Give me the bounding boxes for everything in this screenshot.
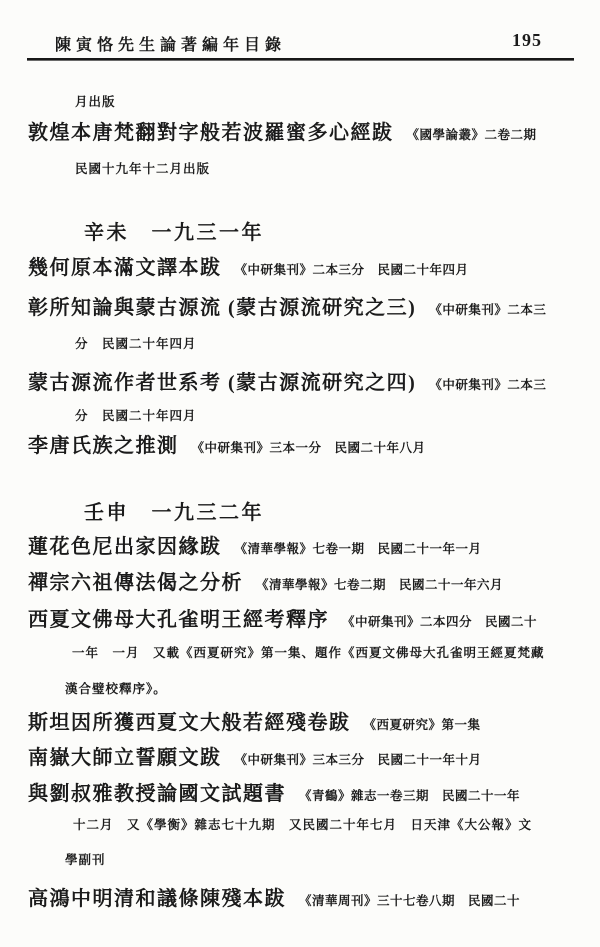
entry-citation: 《中研集刊》二本三分 民國二十年四月 bbox=[235, 263, 469, 277]
entry-citation: 《清華學報》七卷一期 民國二十一年一月 bbox=[235, 542, 482, 556]
entry-title: 禪宗六祖傳法偈之分析 bbox=[28, 572, 243, 594]
continuation-label: 一年 一月 又載《西夏研究》第一集、題作《西夏文佛母大孔雀明王經夏梵藏 bbox=[72, 646, 545, 660]
entry-line: 與劉叔雅教授論國文試題書《青鶴》雜志一卷三期 民國二十一年 bbox=[28, 777, 520, 806]
entry-continuation: 漢合璧校釋序》。 bbox=[65, 679, 167, 697]
entry-citation: 《中研集刊》二本三 bbox=[429, 303, 546, 317]
page-number: 195 bbox=[512, 30, 542, 51]
entry-title: 敦煌本唐梵翻對字般若波羅蜜多心經跋 bbox=[28, 122, 394, 144]
entry-line: 禪宗六祖傳法偈之分析《清華學報》七卷二期 民國二十一年六月 bbox=[28, 566, 503, 595]
entry-citation: 《清華學報》七卷二期 民國二十一年六月 bbox=[256, 578, 503, 592]
continuation-label: 民國十九年十二月出版 bbox=[75, 162, 210, 176]
entry-line: 高鴻中明清和議條陳殘本跋《清華周刊》三十七卷八期 民國二十 bbox=[28, 882, 520, 911]
entry-continuation: 分 民國二十年四月 bbox=[75, 334, 197, 352]
entry-title: 西夏文佛母大孔雀明王經考釋序 bbox=[28, 609, 329, 631]
continuation-label: 學副刊 bbox=[65, 853, 106, 867]
entry-citation: 《清華周刊》三十七卷八期 民國二十 bbox=[299, 894, 520, 908]
entry-continuation: 學副刊 bbox=[65, 850, 106, 868]
scanned-book-page: 陳寅恪先生論著編年目錄 195 月出版 敦煌本唐梵翻對字般若波羅蜜多心經跋《國學… bbox=[0, 0, 600, 947]
section-heading-1932: 壬申 一九三二年 bbox=[84, 496, 264, 525]
entry-line: 敦煌本唐梵翻對字般若波羅蜜多心經跋《國學論叢》二卷二期 bbox=[28, 116, 537, 145]
entry-title: 蒙古源流作者世系考 (蒙古源流研究之四) bbox=[28, 372, 416, 394]
entry-citation: 《西夏研究》第一集 bbox=[364, 718, 481, 732]
entry-continuation: 民國十九年十二月出版 bbox=[75, 159, 210, 177]
page-header: 陳寅恪先生論著編年目錄 195 bbox=[0, 30, 600, 56]
entry-title: 李唐氏族之推測 bbox=[28, 435, 179, 457]
running-title: 陳寅恪先生論著編年目錄 bbox=[55, 32, 286, 55]
continuation-label: 分 民國二十年四月 bbox=[75, 337, 197, 351]
continuation-label: 分 民國二十年四月 bbox=[75, 409, 197, 423]
carryover-label: 月出版 bbox=[75, 95, 116, 109]
header-rule bbox=[27, 58, 574, 61]
entry-line: 彰所知論與蒙古源流 (蒙古源流研究之三)《中研集刊》二本三 bbox=[28, 291, 546, 320]
entry-line: 幾何原本滿文譯本跋《中研集刊》二本三分 民國二十年四月 bbox=[28, 251, 469, 280]
entry-line: 南嶽大師立誓願文跋《中研集刊》三本三分 民國二十一年十月 bbox=[28, 741, 482, 770]
continuation-label: 漢合璧校釋序》。 bbox=[65, 682, 167, 696]
entry-line: 斯坦因所獲西夏文大般若經殘卷跋《西夏研究》第一集 bbox=[28, 706, 481, 735]
entry-title: 彰所知論與蒙古源流 (蒙古源流研究之三) bbox=[28, 297, 416, 319]
section-heading-label: 壬申 一九三二年 bbox=[84, 502, 264, 524]
entry-title: 幾何原本滿文譯本跋 bbox=[28, 257, 222, 279]
entry-citation: 《中研集刊》二本四分 民國二十 bbox=[342, 615, 537, 629]
entry-title: 高鴻中明清和議條陳殘本跋 bbox=[28, 888, 286, 910]
entry-line: 蓮花色尼出家因緣跋《清華學報》七卷一期 民國二十一年一月 bbox=[28, 530, 482, 559]
section-heading-label: 辛未 一九三一年 bbox=[84, 222, 264, 244]
entry-title: 斯坦因所獲西夏文大般若經殘卷跋 bbox=[28, 712, 351, 734]
entry-citation: 《青鶴》雜志一卷三期 民國二十一年 bbox=[299, 789, 520, 803]
entry-continuation: 一年 一月 又載《西夏研究》第一集、題作《西夏文佛母大孔雀明王經夏梵藏 bbox=[72, 643, 545, 661]
carryover-text: 月出版 bbox=[75, 92, 116, 110]
entry-citation: 《中研集刊》二本三 bbox=[429, 378, 546, 392]
continuation-label: 十二月 又《學衡》雜志七十九期 又民國二十年七月 日天津《大公報》文 bbox=[73, 818, 532, 832]
entry-continuation: 十二月 又《學衡》雜志七十九期 又民國二十年七月 日天津《大公報》文 bbox=[73, 815, 532, 833]
entry-line: 西夏文佛母大孔雀明王經考釋序《中研集刊》二本四分 民國二十 bbox=[28, 603, 537, 632]
entry-citation: 《中研集刊》三本一分 民國二十年八月 bbox=[192, 441, 426, 455]
section-heading-1931: 辛未 一九三一年 bbox=[84, 216, 264, 245]
entry-continuation: 分 民國二十年四月 bbox=[75, 406, 197, 424]
entry-citation: 《中研集刊》三本三分 民國二十一年十月 bbox=[235, 753, 482, 767]
entry-line: 蒙古源流作者世系考 (蒙古源流研究之四)《中研集刊》二本三 bbox=[28, 366, 546, 395]
entry-title: 南嶽大師立誓願文跋 bbox=[28, 747, 222, 769]
entry-title: 蓮花色尼出家因緣跋 bbox=[28, 536, 222, 558]
entry-line: 李唐氏族之推測《中研集刊》三本一分 民國二十年八月 bbox=[28, 429, 426, 458]
entry-title: 與劉叔雅教授論國文試題書 bbox=[28, 783, 286, 805]
entry-citation: 《國學論叢》二卷二期 bbox=[407, 128, 537, 142]
